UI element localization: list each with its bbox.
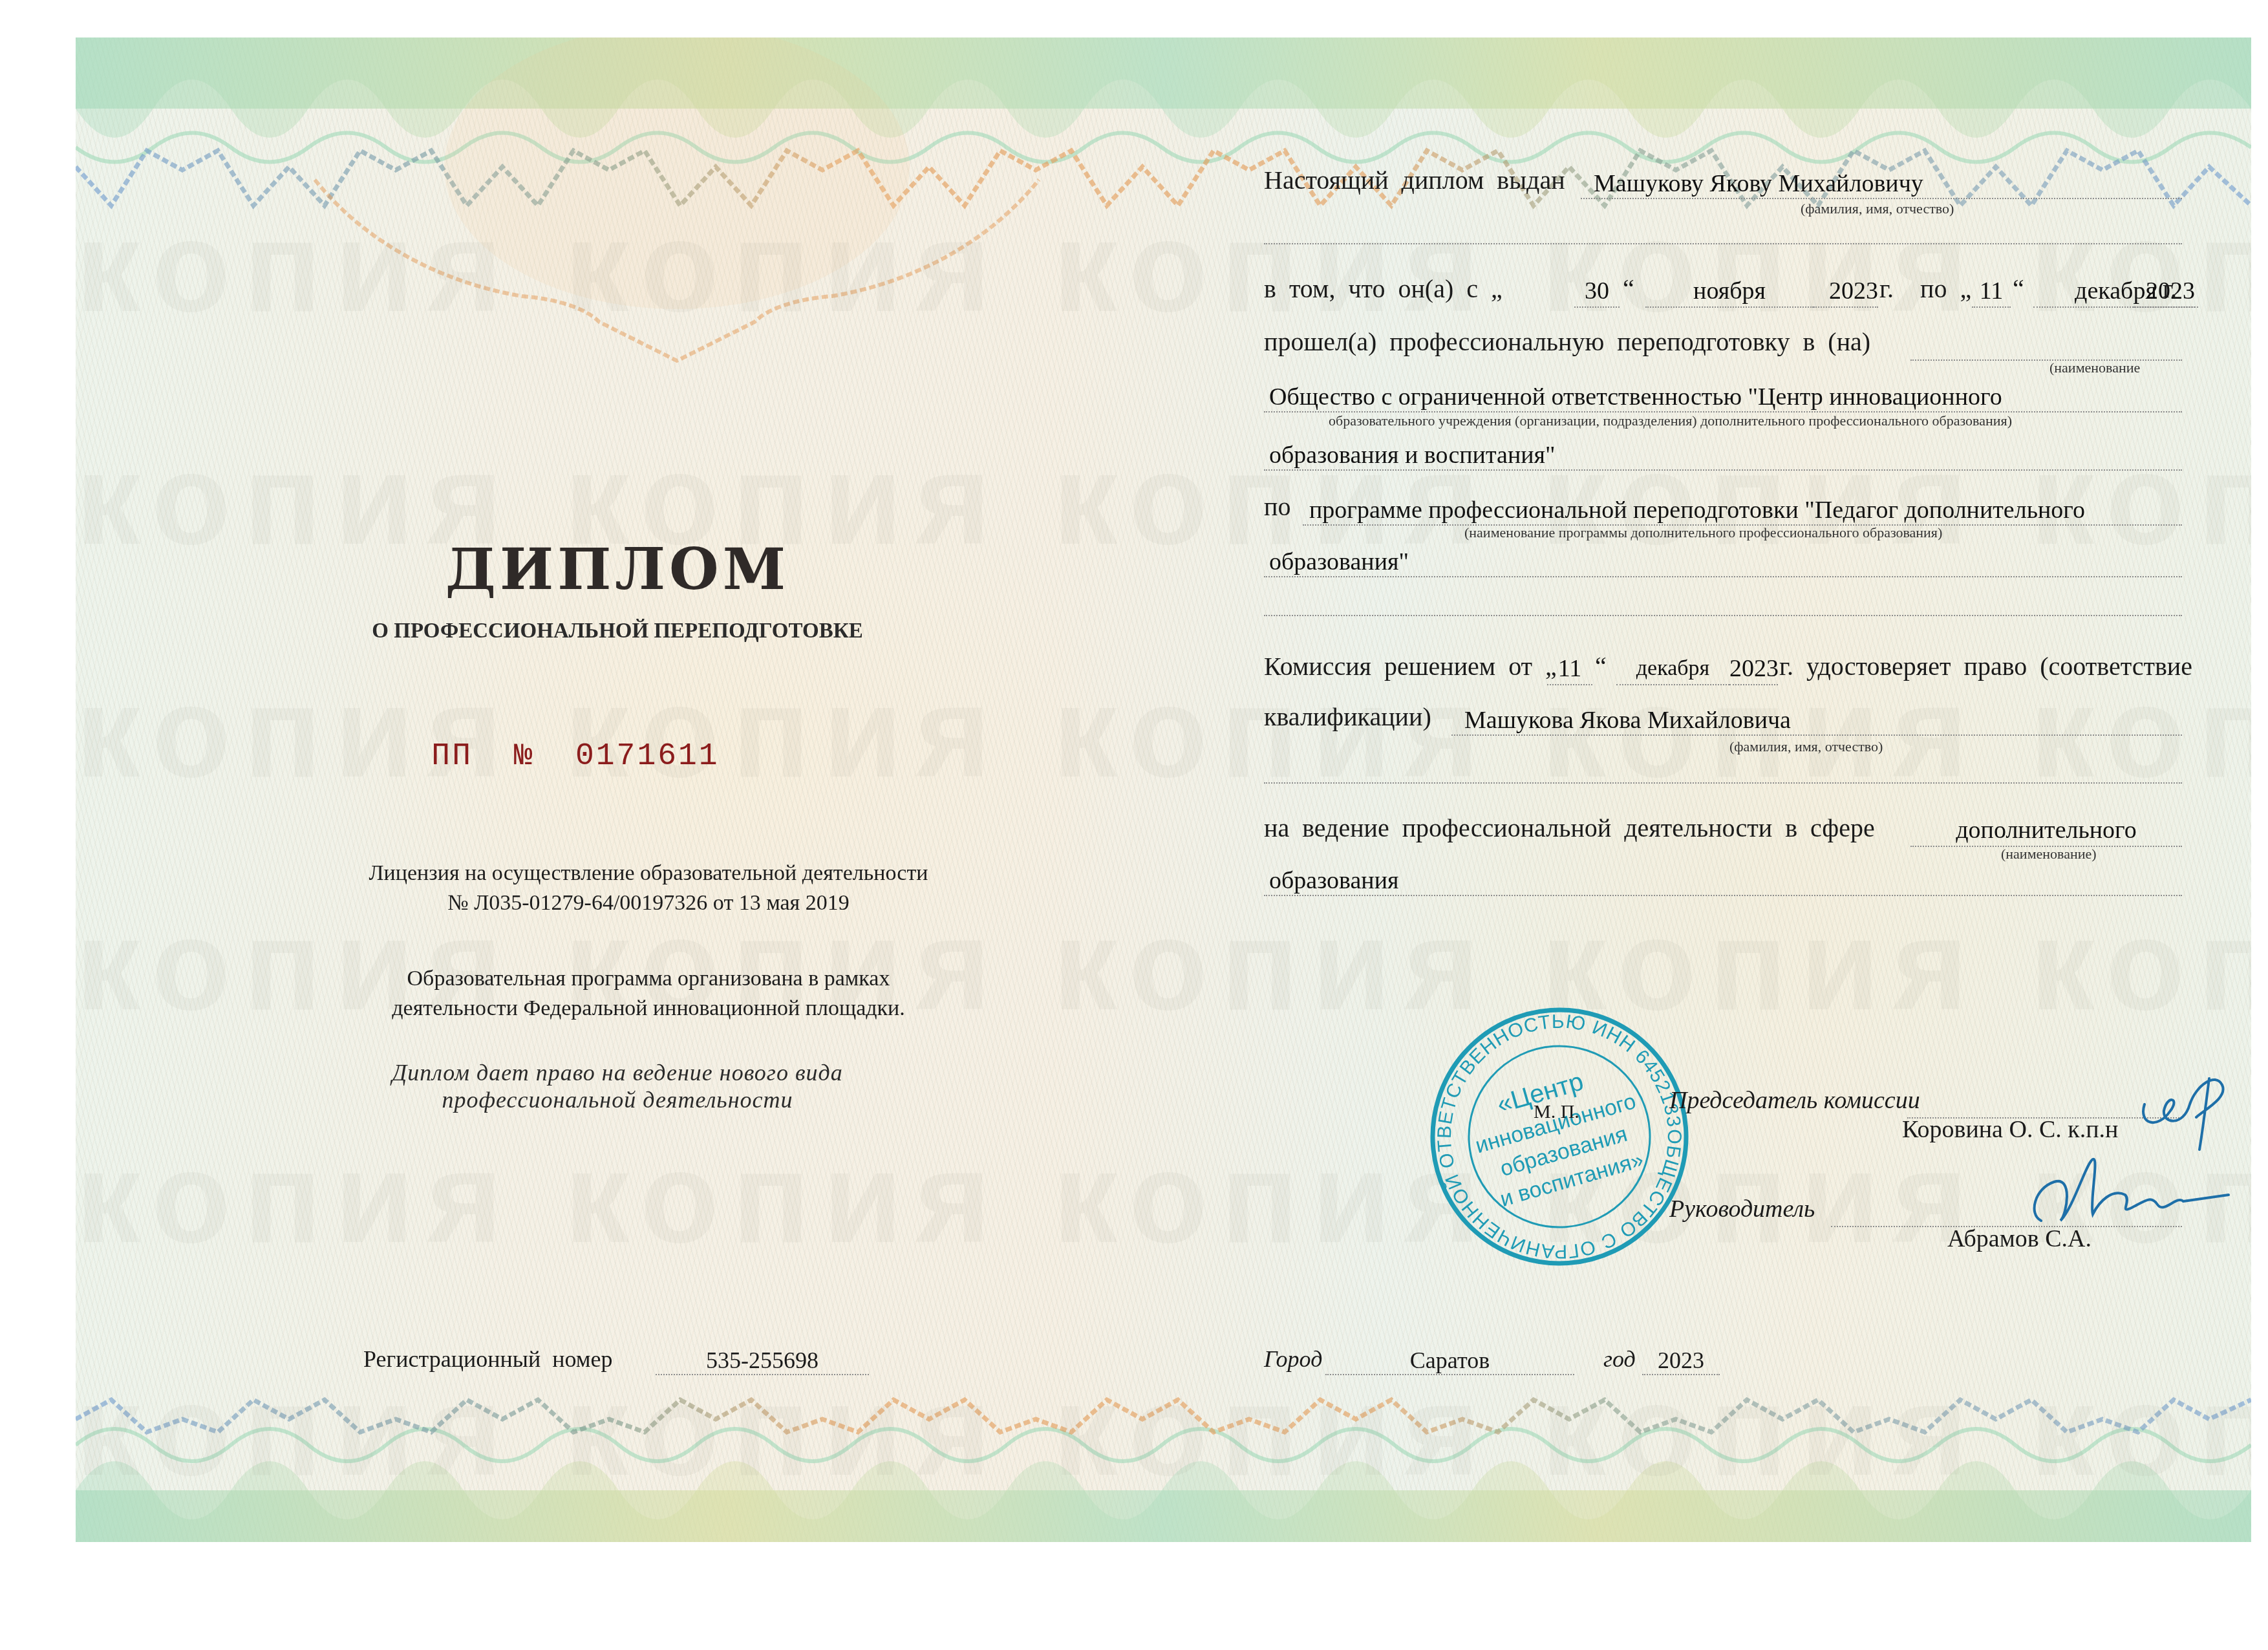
city-year-row: Город Саратов год 2023 — [1264, 1340, 1781, 1373]
copy-watermark: копия копия копия копия копия копия копи… — [76, 1356, 2251, 1505]
passed-row: прошел(а) профессиональную переподготовк… — [1264, 322, 2182, 361]
quote-close: “ — [1595, 651, 1607, 681]
chairman-row: Председатель комиссии — [1669, 1080, 2182, 1119]
year-label: год — [1603, 1345, 1636, 1373]
program-note-line-1: Образовательная программа организована в… — [407, 964, 890, 994]
issued-row: Настоящий диплом выдан Машукову Якову Ми… — [1264, 160, 2182, 199]
license-line-1: Лицензия на осуществление образовательно… — [369, 859, 928, 888]
seal-place-label: М. П. — [1534, 1101, 1579, 1123]
blank-line — [1264, 782, 2182, 784]
blank-line — [1264, 243, 2182, 244]
registration-number: 535-255698 — [656, 1347, 869, 1375]
program-name-line-1: программе профессиональной переподготовк… — [1303, 497, 2182, 526]
license-line-2: № Л035-01279-64/00197326 от 13 мая 2019 — [447, 888, 850, 918]
org-row-1: Общество с ограниченной ответственностью… — [1264, 374, 2182, 412]
organization-seal: ОБЩЕСТВО С ОГРАНИЧЕННОЙ ОТВЕТСТВЕННОСТЬЮ… — [1424, 1001, 1695, 1272]
year-suffix: г. — [1879, 273, 1894, 304]
year-value: 2023 — [1642, 1347, 1720, 1375]
registration-label: Регистрационный номер — [363, 1345, 613, 1373]
diploma-spread: копия копия копия копия копия копия копи… — [76, 37, 2251, 1542]
qualification-name: Машукова Якова Михайловича — [1451, 707, 2182, 736]
svg-text:образования: образования — [1497, 1122, 1630, 1181]
serial-number: ПП № 0171611 — [431, 739, 719, 774]
commission-month: декабря — [1616, 656, 1729, 685]
year-suffix: г. — [2163, 273, 2177, 304]
organization-name-line-1: Общество с ограниченной ответственностью… — [1264, 384, 2182, 412]
start-year: 2023 — [1813, 278, 1878, 308]
qualification-label: квалификации) — [1264, 702, 1431, 732]
chairman-signature-line — [1907, 1089, 2182, 1119]
chairman-name: Коровина О. С. к.п.н — [1902, 1115, 2118, 1144]
program-row-2: образования" — [1264, 539, 2182, 577]
program-prefix: по — [1264, 491, 1290, 522]
end-day: 11 — [1972, 278, 2011, 308]
commission-day: 11 — [1547, 656, 1592, 685]
passed-fill — [1910, 331, 2182, 361]
sphere-name-line-2: образования — [1264, 868, 2182, 896]
svg-text:и воспитания»: и воспитания» — [1497, 1148, 1646, 1212]
top-crest-ornament — [289, 37, 1129, 374]
city-value: Саратов — [1325, 1347, 1574, 1375]
rights-line-2: профессиональной деятельности — [442, 1086, 793, 1113]
org-row-2: образования и воспитания" — [1264, 432, 2182, 471]
organization-name-line-2: образования и воспитания" — [1264, 442, 2182, 471]
head-name: Абрамов С.А. — [1947, 1225, 2091, 1253]
program-note-line-2: деятельности Федеральной инновационной п… — [392, 994, 905, 1023]
head-row: Руководитель — [1669, 1188, 2182, 1227]
issued-label: Настоящий диплом выдан — [1264, 165, 1565, 195]
bottom-ornament-band — [76, 1393, 2251, 1542]
head-label: Руководитель — [1669, 1195, 1815, 1223]
sphere-row: на ведение профессиональной деятельности… — [1264, 808, 2182, 847]
start-day: 30 — [1574, 278, 1620, 308]
city-label: Город — [1264, 1345, 1322, 1373]
start-month: ноября — [1645, 278, 1813, 308]
rights-line-1: Диплом дает право на ведение нового вида — [392, 1059, 842, 1086]
diploma-subtitle: О ПРОФЕССИОНАЛЬНОЙ ПЕРЕПОДГОТОВКЕ — [372, 619, 862, 643]
sphere-name-line-1: дополнительного — [1910, 817, 2182, 847]
commission-year: 2023 — [1729, 656, 1778, 685]
head-signature-line — [1831, 1197, 2182, 1227]
quote-close: “ — [1623, 273, 1634, 304]
qualification-caption: (фамилия, имя, отчество) — [1729, 738, 1883, 755]
period-to: по „ — [1920, 273, 1971, 304]
program-row-1: по программе профессиональной переподгот… — [1264, 487, 2182, 526]
program-name-line-2: образования" — [1264, 549, 2182, 577]
quote-close: “ — [2013, 273, 2024, 304]
commission-prefix: Комиссия решением от „ — [1264, 651, 1557, 681]
passed-label: прошел(а) профессиональную переподготовк… — [1264, 327, 1870, 357]
diploma-title: ДИПЛОМ — [445, 535, 789, 603]
period-row: в том, что он(а) с „ 30 “ ноября 2023 г.… — [1264, 269, 2182, 308]
commission-row: Комиссия решением от „ 11 “ декабря 2023… — [1264, 647, 2182, 685]
issued-to-name: Машукову Якову Михайловичу — [1581, 171, 2182, 199]
blank-line — [1264, 615, 2182, 616]
organization-caption: образовательного учреждения (организации… — [1329, 412, 2012, 429]
qualification-row: квалификации) Машукова Якова Михайловича… — [1264, 697, 2182, 736]
chairman-label: Председатель комиссии — [1669, 1086, 1920, 1115]
period-prefix: в том, что он(а) с „ — [1264, 273, 1503, 304]
svg-text:инновационного: инновационного — [1473, 1089, 1639, 1158]
commission-suffix: г. удостоверяет право (соответствие — [1779, 651, 2192, 681]
svg-text:ОБЩЕСТВО С ОГРАНИЧЕННОЙ ОТВЕТС: ОБЩЕСТВО С ОГРАНИЧЕННОЙ ОТВЕТСТВЕННОСТЬЮ… — [1426, 1002, 1695, 1272]
sphere-label: на ведение профессиональной деятельности… — [1264, 813, 1875, 843]
issued-caption: (фамилия, имя, отчество) — [1801, 200, 1954, 217]
sphere-row-2: образования — [1264, 857, 2182, 896]
